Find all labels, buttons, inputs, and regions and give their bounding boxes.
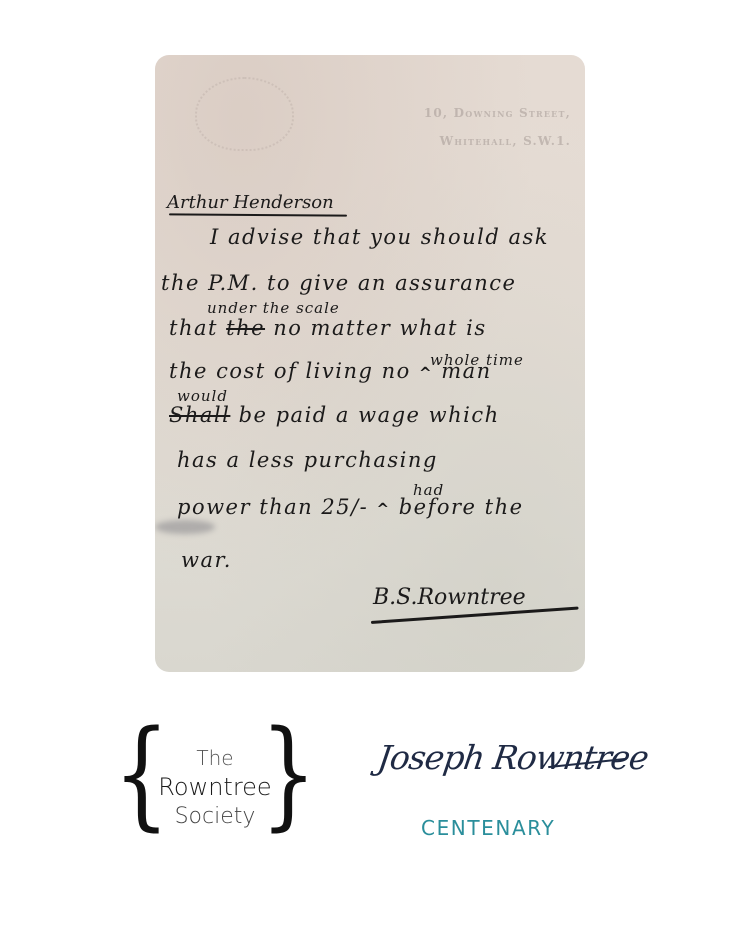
signature: B.S.Rowntree [373,585,526,610]
text-segment: before the [399,495,524,519]
letter-line: that the no matter what is [169,316,487,340]
ink-smudge [155,520,215,534]
addressee: Arthur Henderson [167,192,334,213]
letterhead-line-2: Whitehall, S.W.1. [424,127,571,155]
struck-word: Shall [169,403,230,427]
addressee-underline [169,213,347,216]
letterhead-line-1: 10, Downing Street, [424,99,571,127]
caret-icon: ^ [376,500,390,518]
logo-text-rowntree: Rowntree [110,773,320,801]
text-segment: no matter what is [273,316,486,340]
letter-line: the cost of living no ^ man [169,359,492,383]
rowntree-society-logo: { } The Rowntree Society [110,718,320,848]
letter-line: power than 25/- ^ before the [177,495,524,519]
crest-emboss-icon [195,77,294,151]
letter-line: war. [181,548,232,572]
text-segment: that [169,316,218,340]
handwritten-letter: 10, Downing Street, Whitehall, S.W.1. Ar… [155,55,585,672]
logo-text-society: Society [110,804,320,829]
joseph-rowntree-centenary-logo: Joseph Rowntree CENTENARY [378,728,638,848]
insertion: under the scale [207,299,340,317]
text-segment: power than 25/- [177,495,368,519]
centenary-wordmark: CENTENARY [421,816,555,840]
text-segment: be paid a wage which [239,403,500,427]
joseph-rowntree-signature: Joseph Rowntree [375,738,650,777]
letter-line: I advise that you should ask [210,225,549,249]
logo-text-the: The [110,746,320,770]
text-segment: the cost of living no [169,359,411,383]
letterhead: 10, Downing Street, Whitehall, S.W.1. [424,99,571,155]
struck-word: the [226,316,265,340]
letter-line: the P.M. to give an assurance [161,271,516,295]
letter-line: has a less purchasing [177,448,438,472]
letter-line: Shall be paid a wage which [169,403,500,427]
caret-icon: ^ [419,364,433,382]
text-segment: man [441,359,491,383]
